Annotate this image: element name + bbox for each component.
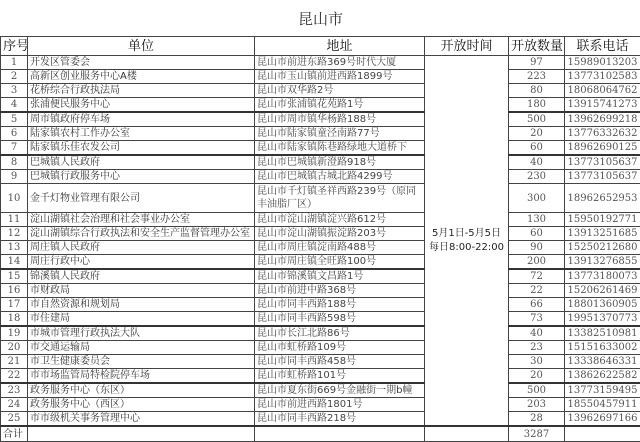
row-unit: 政务服务中心（东区）	[28, 383, 255, 398]
row-count: 200	[509, 255, 565, 270]
row-count: 23	[509, 341, 565, 355]
row-phone: 13338646331	[565, 355, 640, 369]
row-address: 昆山市玉山镇前进西路1899号	[255, 70, 425, 84]
row-index: 14	[1, 255, 28, 270]
table-row: 3花桥综合行政执法局昆山市双华路2号8018068064762	[1, 84, 640, 98]
row-phone: 18068064762	[565, 84, 640, 98]
row-phone: 13773105637	[565, 170, 640, 184]
row-unit: 花桥综合行政执法局	[28, 84, 255, 98]
row-index: 21	[1, 355, 28, 369]
open-time-dates: 5月1日-5月5日	[427, 227, 506, 241]
row-address: 昆山市千灯镇圣祥西路239号（原同丰油脂厂区）	[255, 184, 425, 213]
table-row: 7陆家镇乐佳农发公司昆山市陆家镇陈巷路绿地大道桥下6018962690125	[1, 141, 640, 156]
table-row: 14周庄行政中心昆山市周庄镇全旺路100号20013913276855	[1, 255, 640, 270]
row-phone: 15206261469	[565, 284, 640, 298]
row-unit: 政务服务中心（西区）	[28, 398, 255, 412]
open-time-cell: 5月1日-5月5日每日8:00-22:00	[425, 56, 509, 416]
row-phone: 18550457911	[565, 398, 640, 412]
row-phone: 13773159495	[565, 383, 640, 398]
row-phone: 13382510981	[565, 326, 640, 341]
row-address: 昆山市周庄镇全旺路100号	[255, 255, 425, 270]
row-unit: 锦溪镇人民政府	[28, 269, 255, 284]
row-count: 30	[509, 355, 565, 369]
row-index: 15	[1, 269, 28, 284]
row-index: 11	[1, 213, 28, 227]
row-count: 40	[509, 155, 565, 170]
row-unit: 周市镇政府停车场	[28, 112, 255, 127]
row-address: 昆山市前进中路368号	[255, 284, 425, 298]
row-count: 28	[509, 412, 565, 416]
row-index: 5	[1, 112, 28, 127]
header-index: 序号	[1, 37, 28, 56]
table-row: 9巴城镇行政服务中心昆山市巴城镇古城北路4299号23013773105637	[1, 170, 640, 184]
row-phone: 18962690125	[565, 141, 640, 156]
row-unit: 市住建局	[28, 312, 255, 327]
row-unit: 市财政局	[28, 284, 255, 298]
row-count: 80	[509, 84, 565, 98]
row-index: 19	[1, 326, 28, 341]
row-address: 昆山市前进西路1801号	[255, 398, 425, 412]
table-row: 18市住建局昆山市同丰西路598号7319951370773	[1, 312, 640, 327]
page-title: 昆山市	[1, 2, 640, 37]
parking-table: 昆山市 序号 单位 地址 开放时间 开放数量 联系电话 1开发区管委会昆山市前进…	[0, 2, 640, 415]
row-phone: 18962652953	[565, 184, 640, 213]
row-count: 223	[509, 70, 565, 84]
row-phone: 13773105637	[565, 155, 640, 170]
row-unit: 市卫生健康委员会	[28, 355, 255, 369]
row-address: 昆山市周庄镇淀南路488号	[255, 241, 425, 255]
row-address: 昆山市淀山湖镇振淀路203号	[255, 227, 425, 241]
table-row: 1开发区管委会昆山市前进东路369号时代大厦5月1日-5月5日每日8:00-22…	[1, 56, 640, 70]
row-index: 10	[1, 184, 28, 213]
table-row: 15锦溪镇人民政府昆山市锦溪镇文昌路1号7213773180073	[1, 269, 640, 284]
row-address: 昆山市张浦镇花苑路1号	[255, 98, 425, 113]
row-unit: 巴城镇行政服务中心	[28, 170, 255, 184]
row-address: 昆山市同丰西路188号	[255, 298, 425, 312]
table-row: 16市财政局昆山市前进中路368号2215206261469	[1, 284, 640, 298]
row-phone: 13962697166	[565, 412, 640, 416]
row-count: 90	[509, 241, 565, 255]
row-unit: 张浦便民服务中心	[28, 98, 255, 113]
row-phone: 13962699218	[565, 112, 640, 127]
table-row: 23政务服务中心（东区）昆山市夏东街669号金融街一期b幢50013773159…	[1, 383, 640, 398]
row-address: 昆山市虹桥路101号	[255, 369, 425, 384]
row-count: 20	[509, 369, 565, 384]
row-address: 昆山市前进东路369号时代大厦	[255, 56, 425, 70]
open-time-hours: 每日8:00-22:00	[427, 241, 506, 255]
row-phone: 15950192771	[565, 213, 640, 227]
row-unit: 市市级机关事务管理中心	[28, 412, 255, 416]
row-phone: 13913276855	[565, 255, 640, 270]
table-row: 22市市场监管局特检院停车场昆山市虹桥路101号2013862622582	[1, 369, 640, 384]
table-row: 2高新区创业服务中心A楼昆山市玉山镇前进西路1899号2231377310258…	[1, 70, 640, 84]
header-address: 地址	[255, 37, 425, 56]
row-index: 3	[1, 84, 28, 98]
row-phone: 15250212680	[565, 241, 640, 255]
row-count: 500	[509, 383, 565, 398]
row-phone: 13915741273	[565, 98, 640, 113]
row-phone: 13862622582	[565, 369, 640, 384]
row-unit: 市交通运输局	[28, 341, 255, 355]
row-unit: 淀山湖镇综合行政执法和安全生产监督管理办公室	[28, 227, 255, 241]
header-unit: 单位	[28, 37, 255, 56]
header-open-time: 开放时间	[425, 37, 509, 56]
row-unit: 陆家镇农村工作办公室	[28, 127, 255, 141]
row-unit: 市自然资源和规划局	[28, 298, 255, 312]
row-unit: 市市场监管局特检院停车场	[28, 369, 255, 384]
row-phone: 13773180073	[565, 269, 640, 284]
row-count: 40	[509, 326, 565, 341]
header-open-count: 开放数量	[509, 37, 565, 56]
row-phone: 19951370773	[565, 312, 640, 327]
row-index: 23	[1, 383, 28, 398]
row-address: 昆山市长江北路86号	[255, 326, 425, 341]
row-address: 昆山市同丰西路598号	[255, 312, 425, 327]
row-address: 昆山市夏东街669号金融街一期b幢	[255, 383, 425, 398]
row-unit: 淀山湖镇社会治理和社会事业办公室	[28, 213, 255, 227]
table-row: 12淀山湖镇综合行政执法和安全生产监督管理办公室昆山市淀山湖镇振淀路203号60…	[1, 227, 640, 241]
row-address: 昆山市虹桥路109号	[255, 341, 425, 355]
row-address: 昆山市巴城镇新澄路918号	[255, 155, 425, 170]
row-address: 昆山市陆家镇童泾南路77号	[255, 127, 425, 141]
row-count: 97	[509, 56, 565, 70]
row-unit: 陆家镇乐佳农发公司	[28, 141, 255, 156]
row-count: 300	[509, 184, 565, 213]
table-row: 13周庄镇人民政府昆山市周庄镇淀南路488号9015250212680	[1, 241, 640, 255]
row-index: 6	[1, 127, 28, 141]
table-row: 8巴城镇人民政府昆山市巴城镇新澄路918号4013773105637	[1, 155, 640, 170]
row-index: 4	[1, 98, 28, 113]
row-address: 昆山市淀山湖镇淀兴路612号	[255, 213, 425, 227]
row-count: 72	[509, 269, 565, 284]
row-address: 昆山市同丰西路218号	[255, 412, 425, 416]
row-index: 8	[1, 155, 28, 170]
table-row: 25市市级机关事务管理中心昆山市同丰西路218号2813962697166	[1, 412, 640, 416]
table-row: 4张浦便民服务中心昆山市张浦镇花苑路1号18013915741273	[1, 98, 640, 113]
table-row: 5周市镇政府停车场昆山市周市镇华杨路188号50013962699218	[1, 112, 640, 127]
row-index: 2	[1, 70, 28, 84]
row-phone: 13776332632	[565, 127, 640, 141]
row-unit: 金千灯物业管理有限公司	[28, 184, 255, 213]
header-phone: 联系电话	[565, 37, 640, 56]
table-row: 19市城市管理行政执法大队昆山市长江北路86号4013382510981	[1, 326, 640, 341]
table-row: 6陆家镇农村工作办公室昆山市陆家镇童泾南路77号2013776332632	[1, 127, 640, 141]
table-row: 17市自然资源和规划局昆山市同丰西路188号6618801360905	[1, 298, 640, 312]
row-index: 18	[1, 312, 28, 327]
row-count: 66	[509, 298, 565, 312]
row-count: 230	[509, 170, 565, 184]
row-index: 17	[1, 298, 28, 312]
table-row: 20市交通运输局昆山市虹桥路109号2315151633002	[1, 341, 640, 355]
row-unit: 高新区创业服务中心A楼	[28, 70, 255, 84]
row-count: 203	[509, 398, 565, 412]
row-unit: 巴城镇人民政府	[28, 155, 255, 170]
row-index: 25	[1, 412, 28, 416]
row-count: 180	[509, 98, 565, 113]
row-address: 昆山市同丰西路458号	[255, 355, 425, 369]
row-index: 16	[1, 284, 28, 298]
row-index: 1	[1, 56, 28, 70]
row-index: 24	[1, 398, 28, 412]
row-index: 7	[1, 141, 28, 156]
row-address: 昆山市巴城镇古城北路4299号	[255, 170, 425, 184]
row-phone: 13913251685	[565, 227, 640, 241]
row-address: 昆山市锦溪镇文昌路1号	[255, 269, 425, 284]
row-unit: 开发区管委会	[28, 56, 255, 70]
row-count: 60	[509, 227, 565, 241]
row-count: 73	[509, 312, 565, 327]
row-phone: 13773102583	[565, 70, 640, 84]
row-phone: 15989013203	[565, 56, 640, 70]
table-row: 11淀山湖镇社会治理和社会事业办公室昆山市淀山湖镇淀兴路612号13015950…	[1, 213, 640, 227]
row-count: 60	[509, 141, 565, 156]
table-row: 24政务服务中心（西区）昆山市前进西路1801号20318550457911	[1, 398, 640, 412]
row-address: 昆山市双华路2号	[255, 84, 425, 98]
row-index: 12	[1, 227, 28, 241]
row-count: 500	[509, 112, 565, 127]
row-index: 9	[1, 170, 28, 184]
row-count: 130	[509, 213, 565, 227]
row-unit: 周庄行政中心	[28, 255, 255, 270]
row-index: 22	[1, 369, 28, 384]
row-unit: 市城市管理行政执法大队	[28, 326, 255, 341]
row-index: 13	[1, 241, 28, 255]
row-phone: 15151633002	[565, 341, 640, 355]
row-index: 20	[1, 341, 28, 355]
row-count: 22	[509, 284, 565, 298]
row-count: 20	[509, 127, 565, 141]
table-row: 10金千灯物业管理有限公司昆山市千灯镇圣祥西路239号（原同丰油脂厂区）3001…	[1, 184, 640, 213]
table-row: 21市卫生健康委员会昆山市同丰西路458号3013338646331	[1, 355, 640, 369]
row-unit: 周庄镇人民政府	[28, 241, 255, 255]
row-phone: 18801360905	[565, 298, 640, 312]
row-address: 昆山市陆家镇陈巷路绿地大道桥下	[255, 141, 425, 156]
row-address: 昆山市周市镇华杨路188号	[255, 112, 425, 127]
